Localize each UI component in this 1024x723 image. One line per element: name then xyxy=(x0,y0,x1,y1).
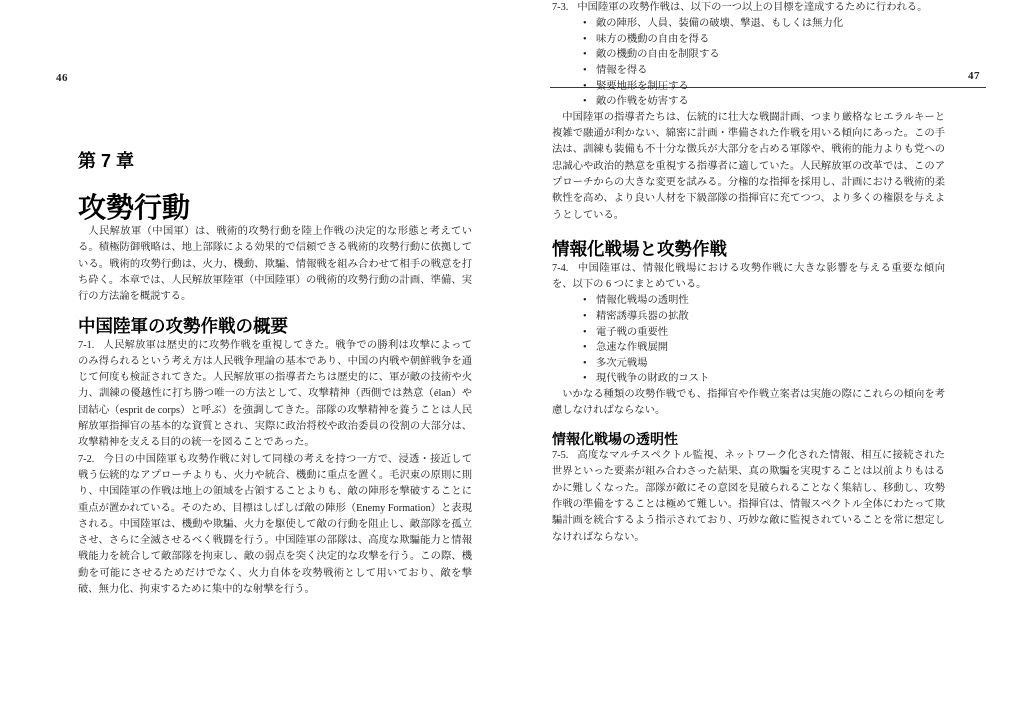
paragraph-leaders: 中国陸軍の指導者たちは、伝統的に壮大な戦闘計画、つまり厳格なヒエラルキーと複雑で… xyxy=(552,110,945,224)
paragraph-7-5-text: 高度なマルチスペクトル監視、ネットワーク化された情報、相互に接続された世界といっ… xyxy=(552,450,945,542)
trend-item: 急速な作戦展開 xyxy=(583,340,945,356)
page-47-content: 7-3.中国陸軍の攻勢作戦は、以下の一つ以上の目標を達成するために行われる。 敵… xyxy=(552,0,945,546)
paragraph-7-5-number: 7-5. xyxy=(552,450,568,461)
paragraph-7-5: 7-5.高度なマルチスペクトル監視、ネットワーク化された情報、相互に接続された世… xyxy=(552,448,945,546)
objectives-list: 敵の陣形、人員、装備の破壊、撃退、もしくは無力化 味方の機動の自由を得る 敵の機… xyxy=(552,16,945,110)
trend-item: 現代戦争の財政的コスト xyxy=(583,371,945,387)
page-46-content: 第 7 章 攻勢行動 人民解放軍（中国軍）は、戦術的攻勢行動を陸上作戦の決定的な… xyxy=(78,0,472,598)
page-number-left: 46 xyxy=(56,72,68,84)
subsection-heading-transparency: 情報化戦場の透明性 xyxy=(552,431,945,449)
section-heading-informatized-battlefield: 情報化戦場と攻勢作戦 xyxy=(552,239,945,261)
objective-item: 敵の作戦を妨害する xyxy=(583,94,945,110)
paragraph-7-3: 7-3.中国陸軍の攻勢作戦は、以下の一つ以上の目標を達成するために行われる。 xyxy=(552,0,945,16)
paragraph-7-2-text: 今日の中国陸軍も攻勢作戦に対して同様の考えを持つ一方で、浸透・接近して戦う伝統的… xyxy=(78,454,472,595)
objective-item: 情報を得る xyxy=(583,63,945,79)
page-47: 47 7-3.中国陸軍の攻勢作戦は、以下の一つ以上の目標を達成するために行われる… xyxy=(512,0,1024,723)
paragraph-7-1-text: 人民解放軍は歴史的に攻勢作戦を重視してきた。戦争での勝利は攻撃によってのみ得られ… xyxy=(78,340,472,449)
objective-item: 味方の機動の自由を得る xyxy=(583,32,945,48)
intro-paragraph: 人民解放軍（中国軍）は、戦術的攻勢行動を陸上作戦の決定的な形態と考えている。積極… xyxy=(78,224,472,305)
paragraph-7-1-number: 7-1. xyxy=(78,340,94,351)
paragraph-7-4-number: 7-4. xyxy=(552,263,568,274)
trend-item: 電子戦の重要性 xyxy=(583,325,945,341)
objective-item: 緊要地形を制圧する xyxy=(583,79,945,95)
chapter-label: 第 7 章 xyxy=(78,151,472,173)
objective-item: 敵の機動の自由を制限する xyxy=(583,47,945,63)
document-spread: { "left": { "page_number": "46", "chapte… xyxy=(0,0,1024,723)
trend-item: 情報化戦場の透明性 xyxy=(583,293,945,309)
objective-item: 敵の陣形、人員、装備の破壊、撃退、もしくは無力化 xyxy=(583,16,945,32)
paragraph-7-4-text: 中国陸軍は、情報化戦場における攻勢作戦に大きな影響を与える重要な傾向を、以下の … xyxy=(552,263,945,290)
paragraph-7-2: 7-2.今日の中国陸軍も攻勢作戦に対して同様の考えを持つ一方で、浸透・接近して戦… xyxy=(78,452,472,599)
paragraph-7-4: 7-4.中国陸軍は、情報化戦場における攻勢作戦に大きな影響を与える重要な傾向を、… xyxy=(552,261,945,294)
trends-list: 情報化戦場の透明性 精密誘導兵器の拡散 電子戦の重要性 急速な作戦展開 多次元戦… xyxy=(552,293,945,387)
paragraph-7-3-number: 7-3. xyxy=(552,2,568,13)
trend-item: 精密誘導兵器の拡散 xyxy=(583,309,945,325)
page-46: 46 第 7 章 攻勢行動 人民解放軍（中国軍）は、戦術的攻勢行動を陸上作戦の決… xyxy=(0,0,512,723)
page-number-right: 47 xyxy=(968,70,980,82)
section-heading-offensive-overview: 中国陸軍の攻勢作戦の概要 xyxy=(78,316,472,338)
paragraph-7-1: 7-1.人民解放軍は歴史的に攻勢作戦を重視してきた。戦争での勝利は攻撃によっての… xyxy=(78,338,472,452)
paragraph-consideration: いかなる種類の攻勢作戦でも、指揮官や作戦立案者は実施の際にこれらの傾向を考慮しな… xyxy=(552,387,945,420)
paragraph-7-3-text: 中国陸軍の攻勢作戦は、以下の一つ以上の目標を達成するために行われる。 xyxy=(577,2,927,13)
chapter-title: 攻勢行動 xyxy=(78,191,472,225)
paragraph-7-2-number: 7-2. xyxy=(78,454,94,465)
trend-item: 多次元戦場 xyxy=(583,356,945,372)
